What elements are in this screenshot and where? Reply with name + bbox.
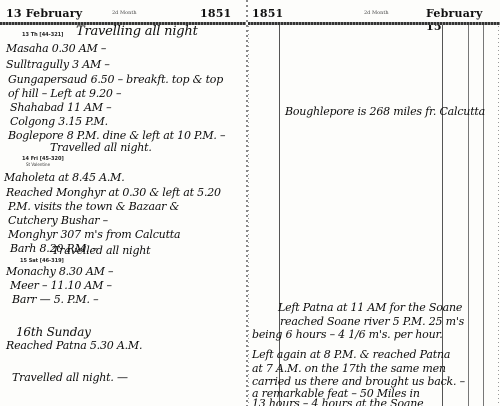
day-13-line: Shahabad 11 AM – <box>10 102 111 115</box>
day-14-line: P.M. visits the town & Bazaar & <box>8 201 179 214</box>
right-page-month-label: 2d Month <box>364 10 389 16</box>
day-13-line: Colgong 3.15 P.M. <box>10 116 108 129</box>
day-16-line: 16th Sunday <box>16 326 91 339</box>
right-diary-page: 1851 2d Month February 15 Boughlepore is… <box>248 0 500 406</box>
day-14-line: Cutchery Bushar – <box>8 215 108 228</box>
header-rule <box>248 22 500 25</box>
day-14-line: Travelled all night <box>52 245 150 258</box>
day-14-subtitle: St Valentine <box>26 162 50 167</box>
day-16-line: Travelled all night. — <box>12 372 128 385</box>
left-diary-page: 13 February 2d Month 1851 13 Th [44-321]… <box>0 0 247 406</box>
day-14-line: Reached Monghyr at 0.30 & left at 5.20 <box>6 187 221 200</box>
edge-dots <box>498 26 499 406</box>
edge-dots <box>248 26 249 406</box>
column-line <box>483 25 484 406</box>
day-13-line: Travelled all night. <box>50 142 152 155</box>
day-16-line: Reached Patna 5.30 A.M. <box>6 340 142 353</box>
left-page-date: 13 February <box>6 7 82 20</box>
day-13-line: Gungapersaud 6.50 – breakft. top & top <box>8 74 223 87</box>
day-15-label: 15 Sat [46-319] <box>20 258 64 264</box>
right-page-date: February 15 <box>426 7 500 33</box>
day-14-line: Maholeta at 8.45 A.M. <box>4 172 125 185</box>
trip-note-line: reached Soane river 5 P.M. 25 m's <box>280 316 464 329</box>
day-15-line: Monachy 8.30 AM – <box>6 266 113 279</box>
trip-note-line: Left again at 8 P.M. & reached Patna <box>252 349 450 362</box>
day-14-line: Monghyr 307 m's from Calcutta <box>8 229 180 242</box>
left-page-month-label: 2d Month <box>112 10 137 16</box>
trip-note-line: Left Patna at 11 AM for the Soane <box>278 302 462 315</box>
trip-note-line: at 7 A.M. on the 17th the same men <box>252 363 446 376</box>
day-13-line: of hill – Left at 9.20 – <box>8 88 121 101</box>
day-15-line: Barr — 5. P.M. – <box>12 294 98 307</box>
day-13-line: Sulltragully 3 AM – <box>6 59 110 72</box>
column-line <box>468 25 469 406</box>
trip-note-line: being 6 hours – 4 1/6 m's. per hour. <box>252 329 443 342</box>
left-page-year: 1851 <box>200 7 231 20</box>
day-15-line: Meer – 11.10 AM – <box>10 280 112 293</box>
distance-note: Boughlepore is 268 miles fr. Calcutta <box>285 106 485 119</box>
trip-note-line: 13 hours – 4 hours at the Soane <box>252 398 423 406</box>
right-page-year: 1851 <box>252 7 283 20</box>
day-13-line: Masaha 0.30 AM – <box>6 43 106 56</box>
day-13-label: 13 Th [44-321] <box>22 32 63 38</box>
day-13-line: Travelling all night <box>76 26 198 39</box>
